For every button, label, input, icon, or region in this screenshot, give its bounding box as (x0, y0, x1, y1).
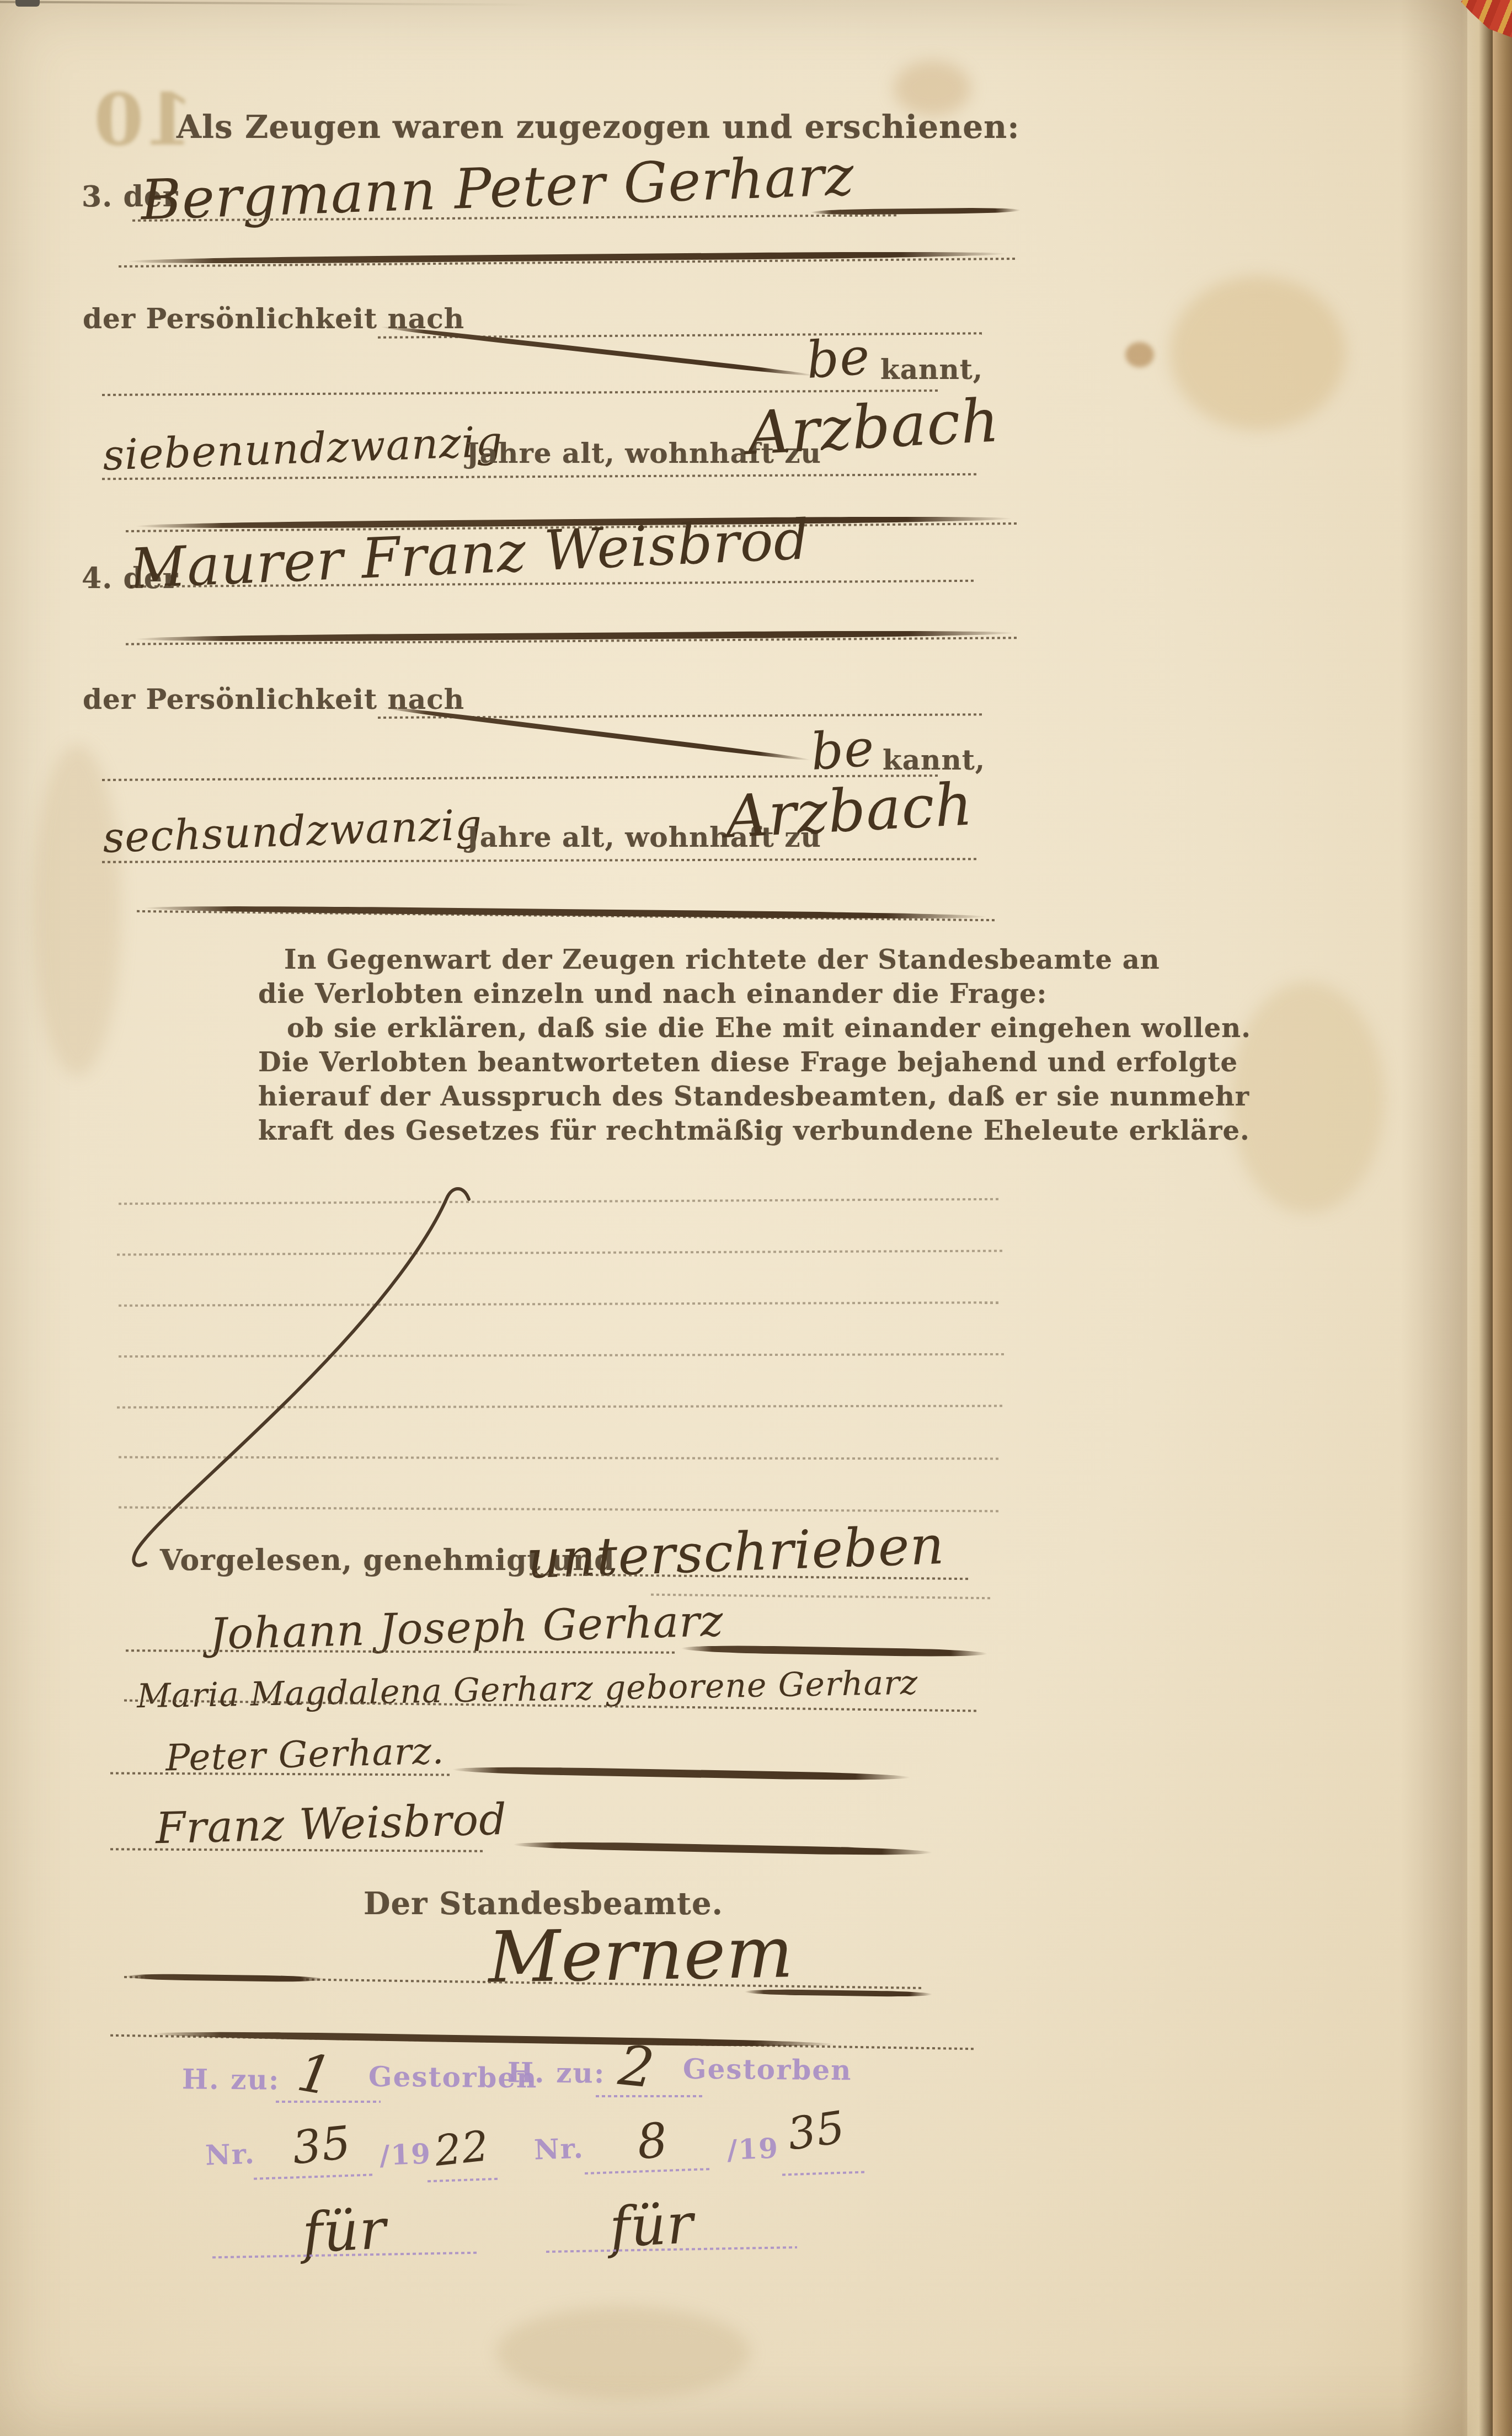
ink-fill-stroke (513, 1841, 932, 1857)
witness3-kannt-label: kannt, (880, 353, 983, 386)
stamp-ref2-number-handwritten: 8 (634, 2112, 671, 2170)
ink-fill-stroke (126, 1973, 324, 1982)
stamp-ref2-year-handwritten: 35 (784, 2101, 848, 2160)
corner-notch (15, 0, 40, 7)
stamp-death2-label: H. zu: (507, 2056, 606, 2090)
witness3-be-handwritten: be (804, 327, 872, 390)
ink-fill-stroke (452, 1766, 910, 1781)
paper-stain (496, 2306, 750, 2400)
paper-stain (33, 745, 121, 1076)
declaration-line: Die Verlobten beantworteten diese Frage … (258, 1047, 1238, 1078)
page-top-edge (0, 1, 541, 6)
stamp-ref1-number-handwritten: 35 (290, 2117, 354, 2175)
stamp-ref1-nr: Nr. (205, 2137, 256, 2171)
page-edge-shadow (1401, 0, 1467, 2436)
witness4-be-handwritten: be (809, 718, 877, 782)
stamp-death1-label: H. zu: (182, 2063, 280, 2096)
identity-cancel-stroke (380, 324, 814, 378)
declaration-line: ob sie erklären, daß sie die Ehe mit ein… (287, 1013, 1251, 1044)
witness4-residence-handwritten: Arzbach (724, 770, 975, 851)
stamp-blank-line (276, 2101, 381, 2103)
witness-heading: Als Zeugen waren zugezogen und erschiene… (177, 108, 1020, 146)
scanned-register-page: 10 Als Zeugen waren zugezogen und erschi… (0, 0, 1512, 2436)
stamp-ref1-year-handwritten: 22 (432, 2121, 491, 2176)
stamp-ref2-nr: Nr. (533, 2131, 585, 2166)
witness4-age-handwritten: sechsundzwanzig (102, 800, 483, 862)
stamp-death2-number-handwritten: 2 (616, 2033, 658, 2101)
entry-line (102, 389, 941, 396)
entry-line (102, 858, 976, 863)
paper-stain (894, 61, 971, 116)
page-paper: 10 Als Zeugen waren zugezogen und erschi… (0, 0, 1493, 2436)
ink-fill-stroke (811, 207, 1021, 215)
declaration-line: In Gegenwart der Zeugen richtete der Sta… (284, 944, 1160, 975)
stamp-blank-line (782, 2171, 865, 2176)
witness3-residence-handwritten: Arzbach (746, 386, 1001, 468)
ink-fill-stroke (681, 1644, 987, 1658)
stamp-death1-number-handwritten: 1 (293, 2042, 337, 2108)
page-crease (1462, 0, 1493, 2436)
paper-stain (1230, 982, 1385, 1214)
signature-peter-gerharz: Peter Gerharz. (165, 1729, 445, 1779)
ink-fill-stroke (745, 1989, 932, 1997)
declaration-line: hierauf der Ausspruch des Standesbeamten… (258, 1081, 1249, 1112)
stamp-blank-line (254, 2173, 375, 2180)
stamp-ref2-year-prefix: /19 (726, 2131, 779, 2166)
ink-fill-stroke (152, 2030, 836, 2048)
cancel-curve (33, 1180, 485, 1589)
witness3-age-handwritten: siebenundzwanzig (102, 416, 504, 479)
book-page-block-edge (1493, 0, 1512, 2436)
paper-stain (1169, 276, 1346, 430)
declaration-line: die Verlobten einzeln und nach einander … (258, 979, 1047, 1009)
signature-franz-weisbrod: Franz Weisbrod (155, 1795, 507, 1854)
paper-stain (1125, 342, 1154, 367)
declaration-line: kraft des Gesetzes für rechtmäßig verbun… (258, 1115, 1250, 1146)
stamp-death2-gestorben: Gestorben (683, 2053, 852, 2087)
stamp-ref1-year-prefix: /19 (379, 2137, 432, 2171)
stamp-blank-line (428, 2178, 499, 2183)
identity-cancel-stroke (383, 705, 810, 762)
